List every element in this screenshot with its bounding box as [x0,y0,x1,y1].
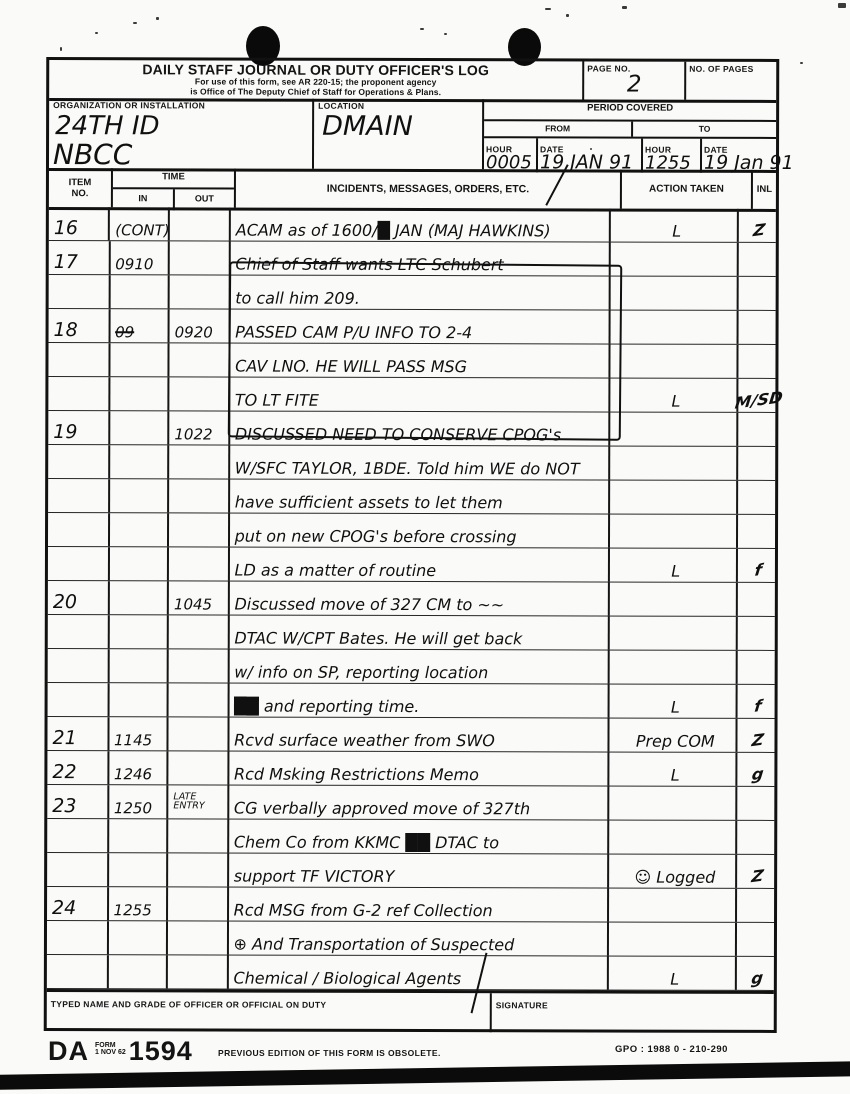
cell-item: 23 [47,785,109,818]
cell-incidents: W/SFC TAYLOR, 1BDE. Told him WE do NOT [230,446,611,480]
col-incidents: INCIDENTS, MESSAGES, ORDERS, ETC. [236,169,622,209]
cell-out [169,513,230,546]
journal-row: LD as a matter of routineLf [48,547,775,583]
cell-item [48,513,110,546]
cell-inl [735,921,776,959]
cell-out [170,343,231,376]
cell-item: 19 [48,411,110,444]
cell-incidents: w/ info on SP, reporting location [229,650,610,684]
cell-item [48,479,110,512]
cell-incidents: ██ and reporting time. [229,684,610,718]
cell-incidents: CAV LNO. HE WILL PASS MSG [230,344,611,378]
journal-row: Chemical / Biological AgentsLg [47,955,774,991]
cell-out [168,955,229,988]
form-word: FORM [95,1042,126,1049]
cell-action [609,923,737,956]
journal-row: 201045Discussed move of 327 CM to ~~ [48,581,775,617]
location-value: DMAIN [322,113,478,140]
from-date-cell: DATE 19 JAN 91 [538,138,643,172]
journal-row: 221246Rcd Msking Restrictions MemoLg [47,751,774,787]
cell-item [48,445,110,478]
cell-action [610,787,738,820]
organization-label: ORGANIZATION OR INSTALLATION [53,100,308,111]
cell-in [110,343,170,376]
cell-inl [736,615,777,653]
col-time: TIME IN OUT [113,168,236,207]
form-number: 1594 [129,1036,193,1067]
column-header-row: ITEM NO. TIME IN OUT INCIDENTS, MESSAGES… [49,168,776,212]
cell-incidents: CG verbally approved move of 327th [229,786,610,820]
cell-in [109,581,169,614]
da-mark: DA [48,1036,89,1067]
no-of-pages-cell: NO. OF PAGES [686,62,776,100]
cell-action: L [610,549,738,582]
page-no-cell: PAGE NO. 2 [584,61,686,99]
journal-row: to call him 209. [49,275,776,311]
da-form-1594: DAILY STAFF JOURNAL OR DUTY OFFICER'S LO… [44,57,780,1033]
scan-speck [622,6,627,9]
cell-action: L [610,685,738,718]
cell-inl: f [736,683,777,721]
cell-inl: Z [737,207,778,245]
journal-row: support TF VICTORY☺ LoggedZ [47,853,774,889]
scan-speck [60,47,62,51]
scan-speck [566,14,569,17]
cell-in [110,445,170,478]
title-block: DAILY STAFF JOURNAL OR DUTY OFFICER'S LO… [49,60,584,99]
cell-in [109,547,169,580]
cell-in [110,513,170,546]
cell-incidents: to call him 209. [230,276,611,310]
cell-incidents: Chief of Staff wants LTC Schubert [230,242,611,276]
col-item-line1: ITEM [69,177,92,188]
cell-item [48,649,110,682]
cell-out: LATE ENTRY [168,785,229,818]
cell-in: 1145 [109,717,169,750]
header-row: ORGANIZATION OR INSTALLATION 24TH ID NBC… [49,98,776,173]
signature-label: SIGNATURE [496,1000,548,1010]
cell-in [109,683,169,716]
location-label: LOCATION [318,101,478,111]
organization-cell: ORGANIZATION OR INSTALLATION 24TH ID NBC… [49,98,314,169]
scanned-da-form-1594-page: DAILY STAFF JOURNAL OR DUTY OFFICER'S LO… [0,0,850,1094]
cell-item [48,377,110,410]
cell-in [109,819,169,852]
journal-row: w/ info on SP, reporting location [48,649,775,685]
organization-line2: NBCC [53,141,308,170]
cell-in [110,377,170,410]
cell-item [47,955,109,988]
journal-row: ⊕ And Transportation of Suspected [47,921,774,957]
cell-item [47,819,109,852]
cell-out [169,479,230,512]
journal-row: Chem Co from KKMC ██ DTAC to [47,819,774,855]
cell-inl: g [735,751,776,789]
col-action-taken: ACTION TAKEN [622,170,753,209]
scan-speck [838,3,846,8]
cell-incidents: ACAM as of 1600/█ JAN (MAJ HAWKINS) [231,208,612,242]
cell-inl [737,309,778,347]
cell-action [611,447,739,480]
cell-inl [736,581,777,619]
journal-row: put on new CPOG's before crossing [48,513,775,549]
to-date-cell: DATE 19 Jan 91 [702,139,776,173]
cell-incidents: PASSED CAM P/U INFO TO 2-4 [230,310,611,344]
cell-incidents: put on new CPOG's before crossing [230,514,611,548]
cell-action [611,277,739,310]
journal-row: 16(CONT)ACAM as of 1600/█ JAN (MAJ HAWKI… [49,207,776,243]
from-hour-cell: HOUR 0005 [484,138,538,172]
scan-speck [800,62,803,64]
cell-in: (CONT) [110,207,170,240]
cell-inl [736,445,777,483]
cell-inl: g [735,955,776,993]
col-time-label: TIME [113,168,234,189]
cell-incidents: Rcd Msking Restrictions Memo [229,752,610,786]
journal-row: CAV LNO. HE WILL PASS MSG [48,343,775,379]
cell-item [49,275,111,308]
from-label: FROM [484,121,633,136]
cell-inl [736,513,777,551]
scan-speck [545,8,551,10]
cell-item: 21 [47,717,109,750]
journal-row: DTAC W/CPT Bates. He will get back [48,615,775,651]
cell-in [110,479,170,512]
signature-cell: SIGNATURE [492,993,774,1033]
cell-item: 17 [49,241,111,274]
cell-action [610,617,738,650]
cell-item [47,921,109,954]
typed-name-cell: TYPED NAME AND GRADE OF OFFICER OR OFFIC… [47,992,492,1032]
cell-in: 1255 [109,887,169,920]
no-of-pages-label: NO. OF PAGES [689,64,773,74]
cell-incidents: Chemical / Biological Agents [228,956,609,990]
cell-in [108,921,168,954]
cell-out: 1045 [169,581,230,614]
cell-in: 1246 [109,751,169,784]
cell-incidents: DISCUSSED NEED TO CONSERVE CPOG's [230,412,611,446]
col-inl: INL [753,170,776,209]
cell-action: L [610,379,738,412]
cell-inl: Z [735,717,776,755]
form-edition-date: 1 NOV 62 [95,1049,126,1056]
journal-row: W/SFC TAYLOR, 1BDE. Told him WE do NOT [48,445,775,481]
cell-in [108,955,168,988]
cell-inl [735,819,776,857]
journal-row: ██ and reporting time.Lf [48,683,775,719]
cell-out [169,717,230,750]
period-covered-block: PERIOD COVERED FROM TO HOUR 0005 DATE 19… [484,99,776,170]
from-to-row: FROM TO [484,121,776,139]
col-item-no: ITEM NO. [49,168,113,207]
cell-item: 16 [49,207,111,240]
cell-action: L [610,753,738,786]
cell-item [48,343,110,376]
period-covered-label: PERIOD COVERED [484,99,776,122]
cell-incidents: TO LT FITE [230,378,611,412]
scan-speck [95,32,98,34]
cell-action [610,515,738,548]
journal-row: 211145Rcvd surface weather from SWOPrep … [47,717,774,753]
cell-in: 09 [110,309,170,342]
organization-line1: 24TH ID [55,113,308,140]
scan-speck [156,17,159,20]
journal-row: 241255Rcd MSG from G-2 ref Collection [47,887,774,923]
cell-in [109,649,169,682]
cell-in [109,615,169,648]
cell-incidents: Discussed move of 327 CM to ~~ [229,582,610,616]
cell-action [611,345,739,378]
cell-item [48,683,110,716]
cell-in [109,853,169,886]
hour-date-row: HOUR 0005 DATE 19 JAN 91 HOUR 1255 DATE … [484,138,776,173]
cell-in: 1250 [109,785,169,818]
cell-inl: M/SD [736,377,778,415]
cell-action [611,243,739,276]
cell-out [168,751,229,784]
cell-action [611,413,739,446]
cell-incidents: Rcd MSG from G-2 ref Collection [229,888,610,922]
cell-item [48,547,110,580]
cell-out [168,887,229,920]
cell-action: Prep COM [610,719,738,752]
form-subtitle-2: is Office of The Deputy Chief of Staff f… [49,87,582,98]
cell-action [610,481,738,514]
cell-out: 1022 [169,411,230,444]
cell-inl: Z [735,853,776,891]
journal-row: TO LT FITELM/SD [48,377,775,413]
cell-inl [737,275,778,313]
cell-inl [737,241,778,279]
to-hour-cell: HOUR 1255 [643,139,702,173]
cell-out [168,819,229,852]
journal-row: 18090920PASSED CAM P/U INFO TO 2-4 [49,309,776,345]
cell-out [169,547,230,580]
obsolete-note: PREVIOUS EDITION OF THIS FORM IS OBSOLET… [218,1048,441,1058]
journal-row: 191022DISCUSSED NEED TO CONSERVE CPOG's [48,411,775,447]
scan-speck [420,28,424,30]
cell-action [610,651,738,684]
page-no-value: 2 [587,73,681,96]
cell-incidents: have sufficient assets to let them [230,480,611,514]
col-item-line2: NO. [71,188,88,199]
scan-speck [133,22,137,24]
cell-incidents: LD as a matter of routine [230,548,611,582]
cell-out [169,683,230,716]
cell-out [168,853,229,886]
scan-speck [444,33,447,35]
cell-action: L [611,209,739,242]
cell-out [169,615,230,648]
cell-inl: f [736,547,777,585]
cell-inl [736,411,777,449]
cell-action [611,311,739,344]
cell-inl [736,479,777,517]
cell-incidents: Rcvd surface weather from SWO [229,718,610,752]
to-label: TO [633,122,776,137]
location-cell: LOCATION DMAIN [314,99,484,169]
cell-inl [736,649,777,687]
cell-item: 22 [47,751,109,784]
cell-action [609,889,737,922]
cell-inl [735,887,776,925]
journal-row: 170910Chief of Staff wants LTC Schubert [49,241,776,277]
cell-incidents: ⊕ And Transportation of Suspected [229,922,610,956]
officer-row: TYPED NAME AND GRADE OF OFFICER OR OFFIC… [47,989,774,1033]
cell-action [610,821,738,854]
cell-incidents: support TF VICTORY [229,854,610,888]
journal-row: have sufficient assets to let them [48,479,775,515]
cell-item: 20 [48,581,110,614]
title-row: DAILY STAFF JOURNAL OR DUTY OFFICER'S LO… [49,60,776,103]
typed-name-label: TYPED NAME AND GRADE OF OFFICER OR OFFIC… [51,999,327,1010]
cell-in [110,411,170,444]
cell-action [610,583,738,616]
cell-out [170,275,231,308]
journal-rows: 16(CONT)ACAM as of 1600/█ JAN (MAJ HAWKI… [47,207,776,991]
cell-in: 0910 [110,241,170,274]
cell-out [168,921,229,954]
cell-item [48,615,110,648]
cell-out [169,445,230,478]
cell-out [170,207,231,240]
cell-in [110,275,170,308]
cell-item [47,853,109,886]
cell-incidents: DTAC W/CPT Bates. He will get back [229,616,610,650]
cell-out [169,377,230,410]
cell-action: ☺ Logged [609,855,737,888]
cell-inl [735,785,776,823]
journal-row: 231250LATE ENTRYCG verbally approved mov… [47,785,774,821]
cell-out [169,649,230,682]
cell-action: L [609,957,737,990]
cell-item: 18 [49,309,111,342]
cell-out: 0920 [170,309,231,342]
cell-out [170,241,231,274]
gpo-note: GPO : 1988 0 - 210-290 [615,1044,728,1055]
cell-inl [736,343,777,381]
cell-incidents: Chem Co from KKMC ██ DTAC to [229,820,610,854]
cell-item: 24 [47,887,109,920]
